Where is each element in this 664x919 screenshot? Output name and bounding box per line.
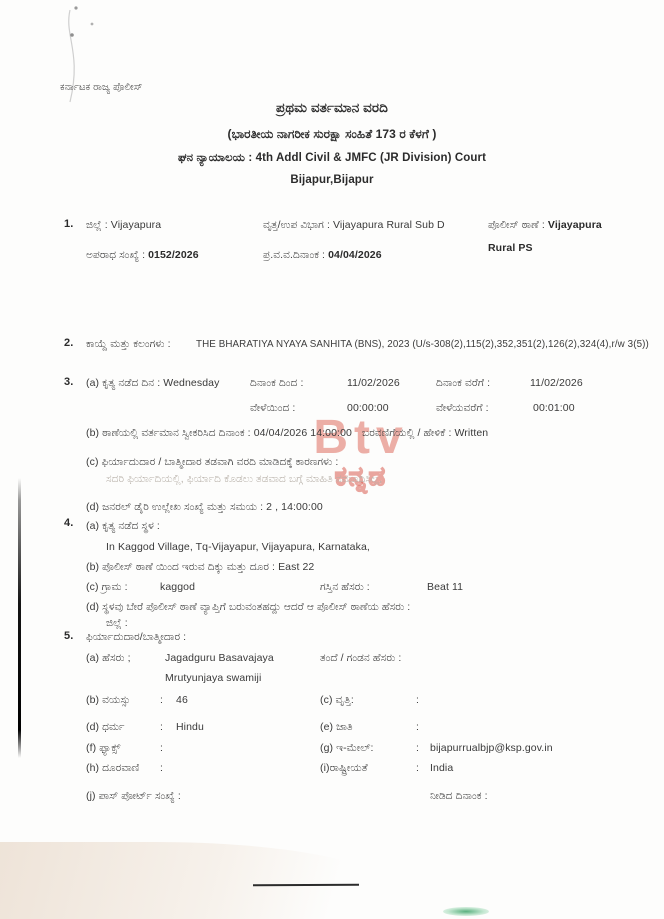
fir-document-page: Btv ಕನ್ನಡ ಕರ್ನಾಟಕ ರಾಜ್ಯ ಪೊಲೀಸ್ ಪ್ರಥಮ ವರ್… (0, 0, 664, 919)
direction-distance-row: (b) ಪೊಲೀಸ್ ಠಾಣೆ ಯಿಂದ ಇರುವ ದಿಕ್ಕು ಮತ್ತು ದ… (86, 561, 314, 574)
gd-entry-label: (d) ಜನರಲ್ ಡೈರಿ ಉಲ್ಲೇಖ ಸಂಖ್ಯೆ ಮತ್ತು ಸಮಯ : (86, 501, 266, 513)
passport-label: (j) ಪಾಸ್ ಪೋರ್ಟ್ ಸಂಖ್ಯೆ : (86, 790, 181, 803)
nationality-label: (i)ರಾಷ್ಟ್ರೀಯತೆ (320, 762, 368, 775)
fax-separator: : (160, 742, 163, 754)
time-from-label: ವೇಳೆಯಿಂದ : (250, 402, 295, 415)
division-row: ವೃತ್ತ/ಉಪ ವಿಭಾಗ : Vijayapura Rural Sub D (263, 219, 445, 232)
caste-separator: : (416, 721, 419, 733)
info-received-value: 04/04/2026 14:00:00 (254, 427, 352, 439)
crime-number-label: ಅಪರಾಧ ಸಂಖ್ಯೆ : (86, 249, 148, 261)
scan-artifact-squiggle (48, 2, 138, 112)
delay-reason-note: ಸದರಿ ಫಿರ್ಯಾದಿಯಲ್ಲಿ, ಫಿರ್ಯಾದಿ ಕೊಡಲು ತಡವಾದ… (106, 473, 382, 486)
document-title: ಪ್ರಥಮ ವರ್ತಮಾನ ವರದಿ (0, 100, 664, 116)
religion-value: Hindu (176, 721, 204, 733)
scan-artifact-green-smudge (443, 907, 489, 916)
fir-date-value: 04/04/2026 (328, 249, 382, 261)
time-to-label: ವೇಳೆಯವರೆಗೆ : (436, 402, 489, 415)
crime-number-row: ಅಪರಾಧ ಸಂಖ್ಯೆ : 0152/2026 (86, 249, 199, 262)
written-label: ಬರವಣಿಗೆಯಲ್ಲಿ / ಹೇಳಿಕೆ : (362, 427, 454, 439)
police-station-value-line2: Rural PS (488, 242, 533, 254)
other-ps-district-label: ಜಿಲ್ಲೆ : (106, 617, 128, 630)
complainant-name-label: (a) ಹೆಸರು ; (86, 652, 131, 665)
police-station-label: ಪೊಲೀಸ್ ಠಾಣೆ : (488, 219, 548, 231)
district-row: ಜಿಲ್ಲೆ : Vijayapura (86, 219, 161, 232)
nationality-separator: : (416, 762, 419, 774)
police-station-value-line1: Vijayapura (548, 219, 602, 231)
email-label: (g) ಇ-ಮೇಲ್: (320, 742, 374, 755)
occurrence-day-label: (a) ಕೃತ್ಯ ನಡೆದ ದಿನ : (86, 377, 163, 389)
fir-date-label: ಪ್ರ.ವ.ವ.ದಿನಾಂಕ : (263, 249, 328, 261)
occurrence-place-value: In Kaggod Village, Tq-Vijayapur, Vijayap… (106, 541, 370, 553)
occupation-label: (c) ವೃತ್ತಿ: (320, 694, 354, 707)
village-value: kaggod (160, 581, 195, 593)
date-to-value: 11/02/2026 (530, 377, 583, 389)
occurrence-day-row: (a) ಕೃತ್ಯ ನಡೆದ ದಿನ : Wednesday (86, 377, 219, 390)
info-received-label: (b) ಠಾಣೆಯಲ್ಲಿ ವರ್ತಮಾನ ಸ್ವೀಕರಿಸಿದ ದಿನಾಂಕ … (86, 427, 254, 439)
date-from-label: ದಿನಾಂಕ ದಿಂದ : (250, 377, 303, 390)
occurrence-day-value: Wednesday (163, 377, 219, 389)
section1-number: 1. (64, 218, 73, 230)
section5-number: 5. (64, 630, 73, 642)
other-ps-label: (d) ಸ್ಥಳವು ಬೇರೆ ಪೊಲೀಸ್ ಠಾಣೆ ವ್ಯಾಪ್ತಿಗೆ ಬ… (86, 601, 410, 614)
written-row: ಬರವಣಿಗೆಯಲ್ಲಿ / ಹೇಳಿಕೆ : Written (362, 427, 488, 440)
occurrence-place-label: (a) ಕೃತ್ಯ ನಡೆದ ಸ್ಥಳ : (86, 520, 160, 533)
scan-artifact-fold-line (18, 478, 21, 758)
religion-separator: : (160, 721, 163, 733)
section3-number: 3. (64, 376, 73, 388)
complainant-name-line1: Jagadguru Basavajaya (165, 652, 274, 664)
phone-separator: : (160, 762, 163, 774)
crime-number-value: 0152/2026 (148, 249, 199, 261)
document-subtitle: (ಭಾರತೀಯ ನಾಗರೀಕ ಸುರಕ್ಷಾ ಸಂಹಿತೆ 173 ರ ಕೆಳಗ… (0, 127, 664, 142)
gd-entry-row: (d) ಜನರಲ್ ಡೈರಿ ಉಲ್ಲೇಖ ಸಂಖ್ಯೆ ಮತ್ತು ಸಮಯ :… (86, 501, 323, 514)
email-separator: : (416, 742, 419, 754)
passport-issue-date-label: ನೀಡಿದ ದಿನಾಂಕ : (430, 790, 488, 803)
police-station-row: ಪೊಲೀಸ್ ಠಾಣೆ : Vijayapura (488, 219, 602, 232)
age-value: 46 (176, 694, 188, 706)
date-to-label: ದಿನಾಂಕ ವರೆಗೆ : (436, 377, 490, 390)
religion-label: (d) ಧರ್ಮ (86, 721, 125, 734)
district-label: ಜಿಲ್ಲೆ : (86, 219, 111, 231)
complainant-name-line2: Mrutyunjaya swamiji (165, 672, 261, 684)
org-name: ಕರ್ನಾಟಕ ರಾಜ್ಯ ಪೊಲೀಸ್ (60, 82, 142, 93)
scan-artifact-corner-shadow (0, 842, 390, 919)
age-label: (b) ವಯಸ್ಸು (86, 694, 130, 707)
caste-label: (e) ಜಾತಿ (320, 721, 353, 734)
phone-label: (h) ದೂರವಾಣಿ (86, 762, 139, 775)
direction-distance-value: East 22 (278, 561, 314, 573)
beat-label: ಗಸ್ತಿನ ಹೆಸರು : (320, 581, 370, 594)
info-received-row: (b) ಠಾಣೆಯಲ್ಲಿ ವರ್ತಮಾನ ಸ್ವೀಕರಿಸಿದ ದಿನಾಂಕ … (86, 427, 352, 440)
written-value: Written (454, 427, 488, 439)
acts-value: THE BHARATIYA NYAYA SANHITA (BNS), 2023 … (196, 339, 649, 350)
acts-label: ಕಾಯ್ದೆ ಮತ್ತು ಕಲಂಗಳು : (86, 338, 171, 351)
gd-entry-value: 2 , 14:00:00 (266, 501, 323, 513)
occupation-separator: : (416, 694, 419, 706)
time-to-value: 00:01:00 (533, 402, 575, 414)
fax-label: (f) ಫ್ಯಾಕ್ಸ್ (86, 742, 120, 755)
direction-distance-label: (b) ಪೊಲೀಸ್ ಠಾಣೆ ಯಿಂದ ಇರುವ ದಿಕ್ಕು ಮತ್ತು ದ… (86, 561, 278, 573)
fir-date-row: ಪ್ರ.ವ.ವ.ದಿನಾಂಕ : 04/04/2026 (263, 249, 382, 262)
complainant-heading: ಫಿರ್ಯಾದುದಾರ/ಬಾತ್ಮೀದಾರ : (86, 631, 186, 644)
section4-number: 4. (64, 517, 73, 529)
court-place: Bijapur,Bijapur (0, 174, 664, 186)
beat-value: Beat 11 (427, 581, 463, 593)
section2-number: 2. (64, 337, 73, 349)
court-line: ಘನ ನ್ಯಾಯಾಲಯ : 4th Addl Civil & JMFC (JR … (0, 152, 664, 165)
division-value: Vijayapura Rural Sub D (333, 219, 445, 231)
district-value: Vijayapura (111, 219, 161, 231)
time-from-value: 00:00:00 (347, 402, 389, 414)
father-husband-label: ತಂದೆ / ಗಂಡನ ಹೆಸರು : (320, 652, 401, 665)
division-label: ವೃತ್ತ/ಉಪ ವಿಭಾಗ : (263, 219, 333, 231)
email-value: bijapurrualbjp@ksp.gov.in (430, 742, 553, 754)
nationality-value: India (430, 762, 453, 774)
delay-reason-label: (c) ಫಿರ್ಯಾದುದಾರ / ಬಾತ್ಮೀದಾರ ತಡವಾಗಿ ವರದಿ … (86, 456, 338, 469)
village-label: (c) ಗ್ರಾಮ : (86, 581, 128, 594)
age-separator: : (160, 694, 163, 706)
date-from-value: 11/02/2026 (347, 377, 400, 389)
